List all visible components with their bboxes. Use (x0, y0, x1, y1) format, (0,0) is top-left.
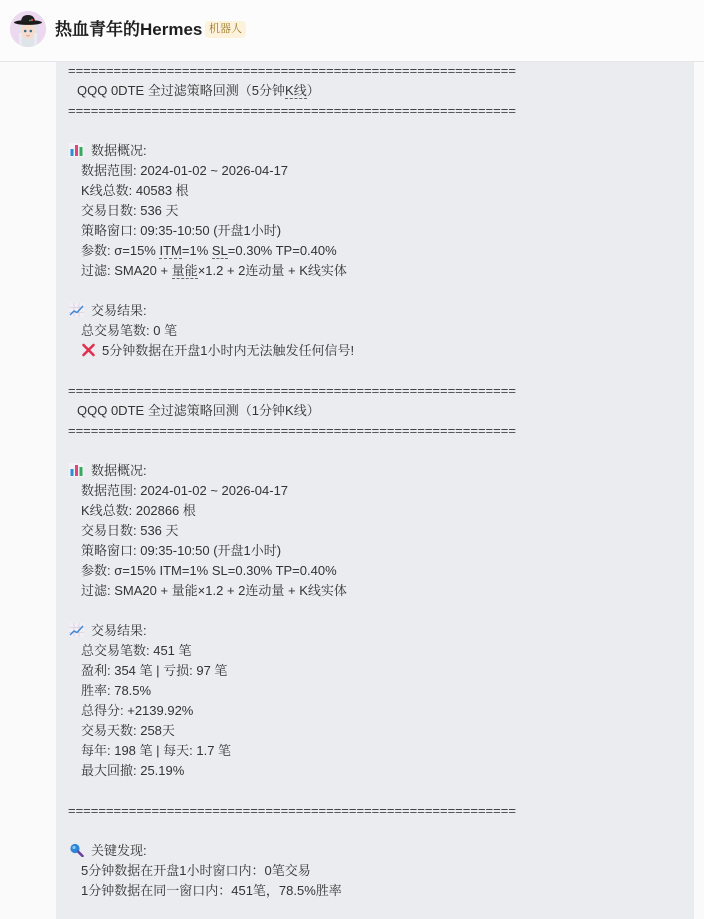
bot-name: 热血青年的Hermes (55, 19, 202, 41)
itm-term-link[interactable]: ITM (159, 243, 181, 259)
strategy-window: 策略窗口: 09:35-10:50 (开盘1小时) (56, 541, 694, 561)
win-rate: 胜率: 78.5% (56, 681, 694, 701)
overview-label: 数据概况: (91, 463, 147, 478)
separator: ========================================… (56, 801, 694, 821)
params-text: =1% (182, 243, 212, 258)
avatar[interactable] (10, 11, 46, 47)
separator: ========================================… (56, 101, 694, 121)
line-chart-icon (69, 303, 84, 317)
trade-days: 交易日数: 536 天 (56, 521, 694, 541)
bar-chart-icon (69, 463, 84, 477)
blank-line (56, 441, 694, 461)
section-title-1min: QQQ 0DTE 全过滤策略回测（1分钟K线） (56, 401, 694, 421)
total-trades: 总交易笔数: 0 笔 (56, 321, 694, 341)
per-year-day: 每年: 198 笔 | 每天: 1.7 笔 (56, 741, 694, 761)
avatar-image (10, 11, 46, 47)
filters: 过滤: SMA20 + 量能×1.2 + 2连动量 + K线实体 (56, 581, 694, 601)
total-trades: 总交易笔数: 451 笔 (56, 641, 694, 661)
win-loss: 盈利: 354 笔 | 亏损: 97 笔 (56, 661, 694, 681)
blank-line (56, 601, 694, 621)
sl-term-link[interactable]: SL (212, 243, 228, 259)
blank-line (56, 121, 694, 141)
separator: ========================================… (56, 421, 694, 441)
finding-item: 5分钟数据在开盘1小时窗口内：0笔交易 (56, 861, 694, 881)
magnifier-icon (69, 843, 84, 857)
title-text: QQQ 0DTE 全过滤策略回测（5分钟 (77, 83, 285, 98)
chat-header: 热血青年的Hermes 机器人 (0, 0, 704, 62)
blank-line (56, 281, 694, 301)
data-range: 数据范围: 2024-01-02 ~ 2026-04-17 (56, 161, 694, 181)
results-label: 交易结果: (91, 623, 147, 638)
data-range: 数据范围: 2024-01-02 ~ 2026-04-17 (56, 481, 694, 501)
blank-line (56, 361, 694, 381)
findings-heading: 关键发现: (56, 841, 694, 861)
params: 参数: σ=15% ITM=1% SL=0.30% TP=0.40% (56, 561, 694, 581)
blank-line (56, 821, 694, 841)
filter-text: ×1.2 + 2连动量 + K线实体 (198, 263, 347, 278)
overview-label: 数据概况: (91, 143, 147, 158)
blank-line (56, 781, 694, 801)
kline-count: K线总数: 202866 根 (56, 501, 694, 521)
results-heading: 交易结果: (56, 301, 694, 321)
max-drawdown: 最大回撤: 25.19% (56, 761, 694, 781)
bot-badge: 机器人 (205, 21, 246, 38)
params-text: 参数: σ=15% (81, 243, 159, 258)
finding-item: 1分钟数据在同一窗口内：451笔，78.5%胜率 (56, 881, 694, 901)
filter-text: 过滤: SMA20 + (81, 263, 172, 278)
error-message: 5分钟数据在开盘1小时内无法触发任何信号! (102, 343, 354, 358)
trade-days: 交易日数: 536 天 (56, 201, 694, 221)
overview-heading: 数据概况: (56, 461, 694, 481)
overview-heading: 数据概况: (56, 141, 694, 161)
line-chart-icon (69, 623, 84, 637)
kline-count: K线总数: 40583 根 (56, 181, 694, 201)
section-title-5min: QQQ 0DTE 全过滤策略回测（5分钟K线） (56, 81, 694, 101)
cross-mark-icon (81, 343, 96, 357)
bar-chart-icon (69, 143, 84, 157)
total-score: 总得分: +2139.92% (56, 701, 694, 721)
volume-term-link[interactable]: 量能 (172, 263, 198, 279)
message-code-block: ========================================… (56, 62, 694, 919)
filters: 过滤: SMA20 + 量能×1.2 + 2连动量 + K线实体 (56, 261, 694, 281)
separator: ========================================… (56, 61, 694, 81)
separator: ========================================… (56, 381, 694, 401)
kline-term-link[interactable]: K线 (285, 83, 307, 99)
error-line: 5分钟数据在开盘1小时内无法触发任何信号! (56, 341, 694, 361)
results-label: 交易结果: (91, 303, 147, 318)
strategy-window: 策略窗口: 09:35-10:50 (开盘1小时) (56, 221, 694, 241)
findings-label: 关键发现: (91, 843, 147, 858)
results-heading: 交易结果: (56, 621, 694, 641)
title-suffix: ） (307, 83, 320, 98)
params-text: =0.30% TP=0.40% (228, 243, 337, 258)
trading-days: 交易天数: 258天 (56, 721, 694, 741)
params: 参数: σ=15% ITM=1% SL=0.30% TP=0.40% (56, 241, 694, 261)
